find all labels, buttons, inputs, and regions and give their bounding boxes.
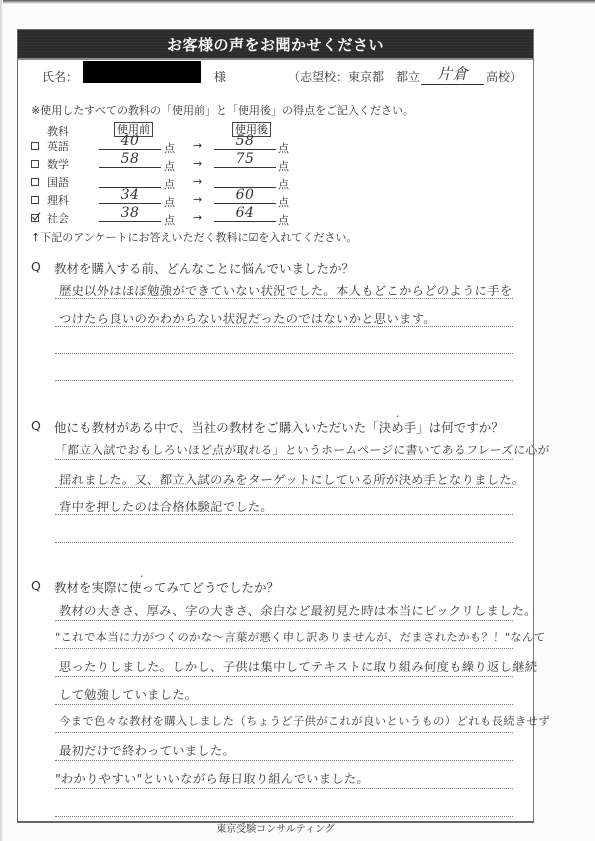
checkbox-note: ↑下記のアンケートにお答えいただく教科に☑を入れてください。 (31, 229, 357, 245)
name-label: 氏名： (42, 68, 78, 85)
subject-label: 国語 (47, 174, 69, 190)
answer-divider (55, 816, 513, 817)
answer-line: "わかりやすい"といいながら毎日取り組んでいました。 (55, 769, 370, 787)
question-emphasis: 実際に使ってみて (92, 580, 192, 595)
checkbox-math[interactable] (31, 160, 39, 168)
answer-divider (55, 732, 513, 733)
answer-divider (55, 704, 513, 705)
question-emphasis: 決め手 (379, 420, 417, 435)
subject-column-header: 教科 (47, 123, 69, 139)
answer-divider (55, 353, 513, 354)
unit-label: 点 (164, 194, 175, 210)
after-score-field[interactable] (214, 169, 276, 188)
unit-label: 点 (164, 140, 175, 156)
answer-divider (55, 326, 513, 327)
subject-label: 理科 (47, 192, 69, 208)
unit-label: 点 (164, 212, 175, 228)
question-marker: Q (31, 418, 41, 433)
company-name: 東京受験コンサルティング (216, 824, 335, 835)
answer-line: 教材の大きさ、厚み、字の大きさ、余白など最初見た時は本当にビックリしました。 (59, 601, 538, 619)
answer-line: 背中を押したのは合格体験記でした。 (59, 497, 274, 515)
question-text: 教材を実際に使ってみてどうでしたか？ (54, 578, 279, 596)
unit-label: 点 (278, 212, 289, 228)
name-redaction (83, 61, 201, 83)
subject-label: 社会 (47, 210, 69, 226)
question-text-part: 教材を (54, 580, 92, 595)
school-prefix-label: （志望校：東京都 都立 (288, 68, 420, 85)
answer-divider (55, 788, 513, 789)
title-bar: お客様の声をお聞かせください (18, 30, 533, 60)
question-text-part: どうでしたか？ (192, 580, 280, 595)
arrow-icon: → (193, 157, 202, 170)
answer-line: 歴史以外はほぼ勉強ができていない状況でした。本人もどこからどのように手を (59, 281, 513, 299)
after-score-field[interactable]: 60 (214, 187, 276, 204)
survey-sheet: お客様の声をお聞かせください 氏名： [redacted] 様 （志望校：東京都… (17, 29, 534, 823)
before-score-field[interactable] (99, 169, 161, 188)
checkbox-japanese[interactable] (31, 178, 39, 186)
unit-label: 点 (278, 158, 289, 174)
answer-divider (55, 298, 513, 299)
checkbox-science[interactable] (31, 196, 39, 204)
unit-label: 点 (278, 194, 289, 210)
before-score-field[interactable]: 34 (99, 187, 161, 204)
answer-divider (55, 676, 513, 677)
after-score-field[interactable]: 58 (214, 133, 276, 150)
before-score-field[interactable]: 38 (99, 205, 161, 222)
answer-line: "これで本当に力がつくのかな～言葉が悪く申し訳ありませんが、だまされたかも？！"… (55, 629, 546, 645)
footer: 東京受験コンサルティング (18, 820, 533, 835)
answer-line: 「都立入試でおもしろいほど点が取れる」というホームページに書いてあるフレーズに心… (55, 441, 551, 458)
answer-line: つけたら良いのかわからない状況だったのではないかと思います。 (59, 309, 437, 327)
unit-label: 点 (278, 176, 289, 192)
answer-line: 揺れました。又、都立入試のみをターゲットにしている所が決め手となりました。 (59, 470, 526, 488)
answer-divider (55, 648, 513, 649)
answer-divider (55, 514, 513, 515)
answer-divider (55, 459, 513, 460)
honorific-label: 様 (214, 68, 226, 85)
question-text-part: 他にも教材がある中で、当社の教材をご購入いただいた「 (54, 420, 379, 435)
unit-label: 点 (164, 158, 175, 174)
scan-edge-shadow (0, 0, 595, 4)
checkbox-social-studies-checked[interactable] (31, 214, 39, 222)
unit-label: 点 (278, 140, 289, 156)
answer-divider (55, 542, 513, 543)
question-text: 教材を購入する前、どんなことに悩んでいましたか？ (54, 259, 354, 277)
after-score-field[interactable]: 64 (214, 205, 276, 222)
answer-line: 今まで色々な教材を購入しました（ちょうど子供がこれが良いというもの）どれも長続き… (59, 713, 551, 729)
unit-label: 点 (164, 176, 175, 192)
answer-line: 思ったりしました。しかし、子供は集中してテキストに取り組み何度も繰り返し継続 (59, 657, 538, 675)
page-title: お客様の声をお聞かせください (167, 34, 384, 55)
subject-label: 英語 (47, 138, 69, 154)
school-suffix-label: 高校） (486, 68, 522, 85)
score-instruction: ※使用したすべての教科の「使用前」と「使用後」の得点をご記入ください。 (31, 102, 414, 118)
school-name-field[interactable]: 片倉 (421, 63, 484, 85)
arrow-icon: → (193, 175, 202, 188)
arrow-icon: → (193, 139, 202, 152)
answer-line: 最初だけで終わっていました。 (59, 741, 236, 759)
subject-label: 数学 (47, 156, 69, 172)
after-score-field[interactable]: 75 (214, 151, 276, 168)
answer-divider (55, 380, 513, 381)
answer-divider (55, 760, 513, 761)
answer-divider (55, 487, 513, 488)
check-mark-icon (31, 212, 41, 222)
arrow-icon: → (193, 211, 202, 224)
checkbox-english[interactable] (31, 142, 39, 150)
arrow-icon: → (193, 193, 202, 206)
answer-line: して勉強していました。 (59, 685, 199, 703)
before-score-field[interactable]: 58 (99, 151, 161, 168)
before-score-field[interactable]: 40 (99, 133, 161, 150)
question-marker: Q (31, 259, 41, 274)
question-text-part: 」は何ですか？ (416, 420, 504, 435)
answer-divider (55, 620, 513, 621)
question-text: 他にも教材がある中で、当社の教材をご購入いただいた「決め手」は何ですか？ (54, 418, 504, 436)
scan-edge-shadow-left (0, 0, 3, 841)
question-marker: Q (31, 578, 41, 593)
